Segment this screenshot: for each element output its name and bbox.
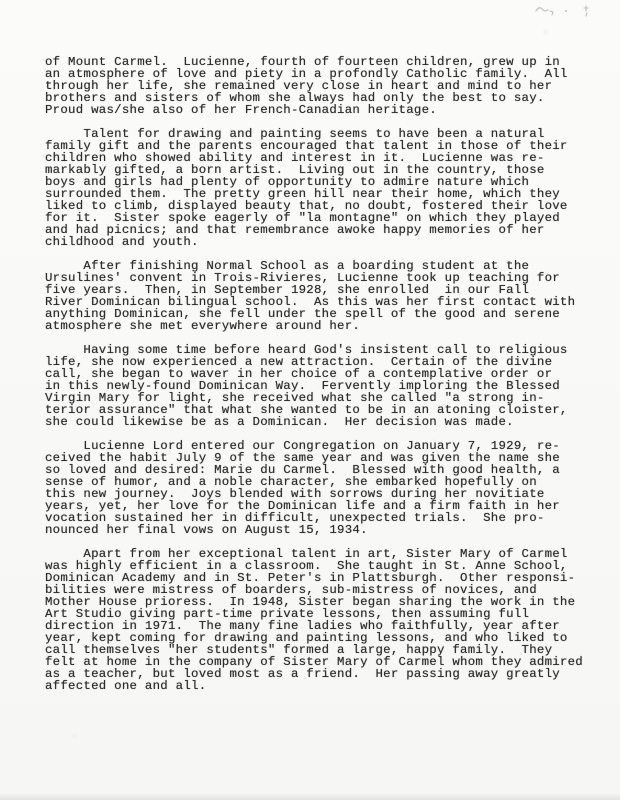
paragraph-teaching-art: Apart from her exceptional talent in art…: [45, 548, 590, 692]
paragraph-congregation: Lucienne Lord entered our Congregation o…: [45, 440, 590, 536]
scanned-page: of Mount Carmel. Lucienne, fourth of fou…: [0, 0, 620, 800]
typewritten-text: of Mount Carmel. Lucienne, fourth of fou…: [45, 56, 590, 704]
pencil-scribble-icon: [532, 2, 604, 20]
paragraph-normal-school: After finishing Normal School as a board…: [45, 260, 590, 332]
paragraph-mount-carmel: of Mount Carmel. Lucienne, fourth of fou…: [45, 56, 590, 116]
paragraph-talent: Talent for drawing and painting seems to…: [45, 128, 590, 248]
paragraph-divine-call: Having some time before heard God's insi…: [45, 344, 590, 428]
